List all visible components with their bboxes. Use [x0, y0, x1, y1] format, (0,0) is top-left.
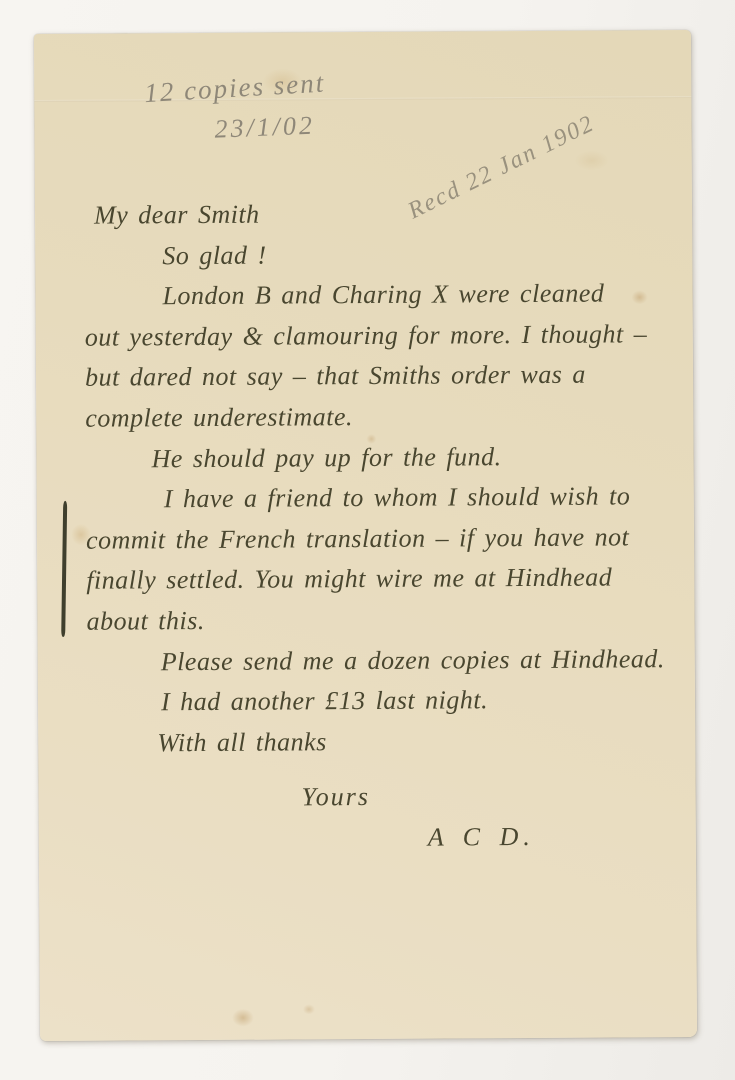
letter-line: commit the French translation – if you h… [86, 517, 686, 561]
age-stain [575, 151, 609, 171]
letter-line: Yours [301, 775, 687, 818]
age-stain [232, 1009, 254, 1027]
pencil-note-copies-sent: 12 copies sent [144, 68, 326, 110]
pencil-note-date: 23/1/02 [214, 111, 316, 145]
age-stain [303, 1004, 315, 1014]
letter-scan: 12 copies sent 23/1/02 Recd 22 Jan 1902 … [0, 0, 735, 1080]
letter-line: but dared not say – that Smiths order wa… [85, 354, 685, 398]
letter-line: He should pay up for the fund. [151, 436, 685, 480]
letter-line: I have a friend to whom I should wish to [164, 476, 686, 520]
letter-line: complete underestimate. [85, 395, 685, 439]
letter-line: out yesterday & clamouring for more. I t… [85, 314, 685, 358]
letter-line: Please send me a dozen copies at Hindhea… [161, 639, 687, 683]
letter-line: about this. [86, 598, 686, 642]
ink-margin-mark [61, 501, 67, 637]
letter-paper: 12 copies sent 23/1/02 Recd 22 Jan 1902 … [34, 30, 697, 1041]
letter-line: My dear Smith [94, 192, 684, 236]
letter-line: London B and Charing X were cleaned [162, 273, 684, 317]
letter-line: A C D. [428, 816, 688, 858]
letter-line: I had another £13 last night. [161, 679, 687, 723]
letter-line: finally settled. You might wire me at Hi… [86, 557, 686, 601]
letter-line: So glad ! [162, 233, 684, 277]
letter-line: With all thanks [157, 720, 687, 764]
fold-crease [34, 96, 691, 102]
letter-body: My dear SmithSo glad !London B and Chari… [84, 192, 688, 860]
